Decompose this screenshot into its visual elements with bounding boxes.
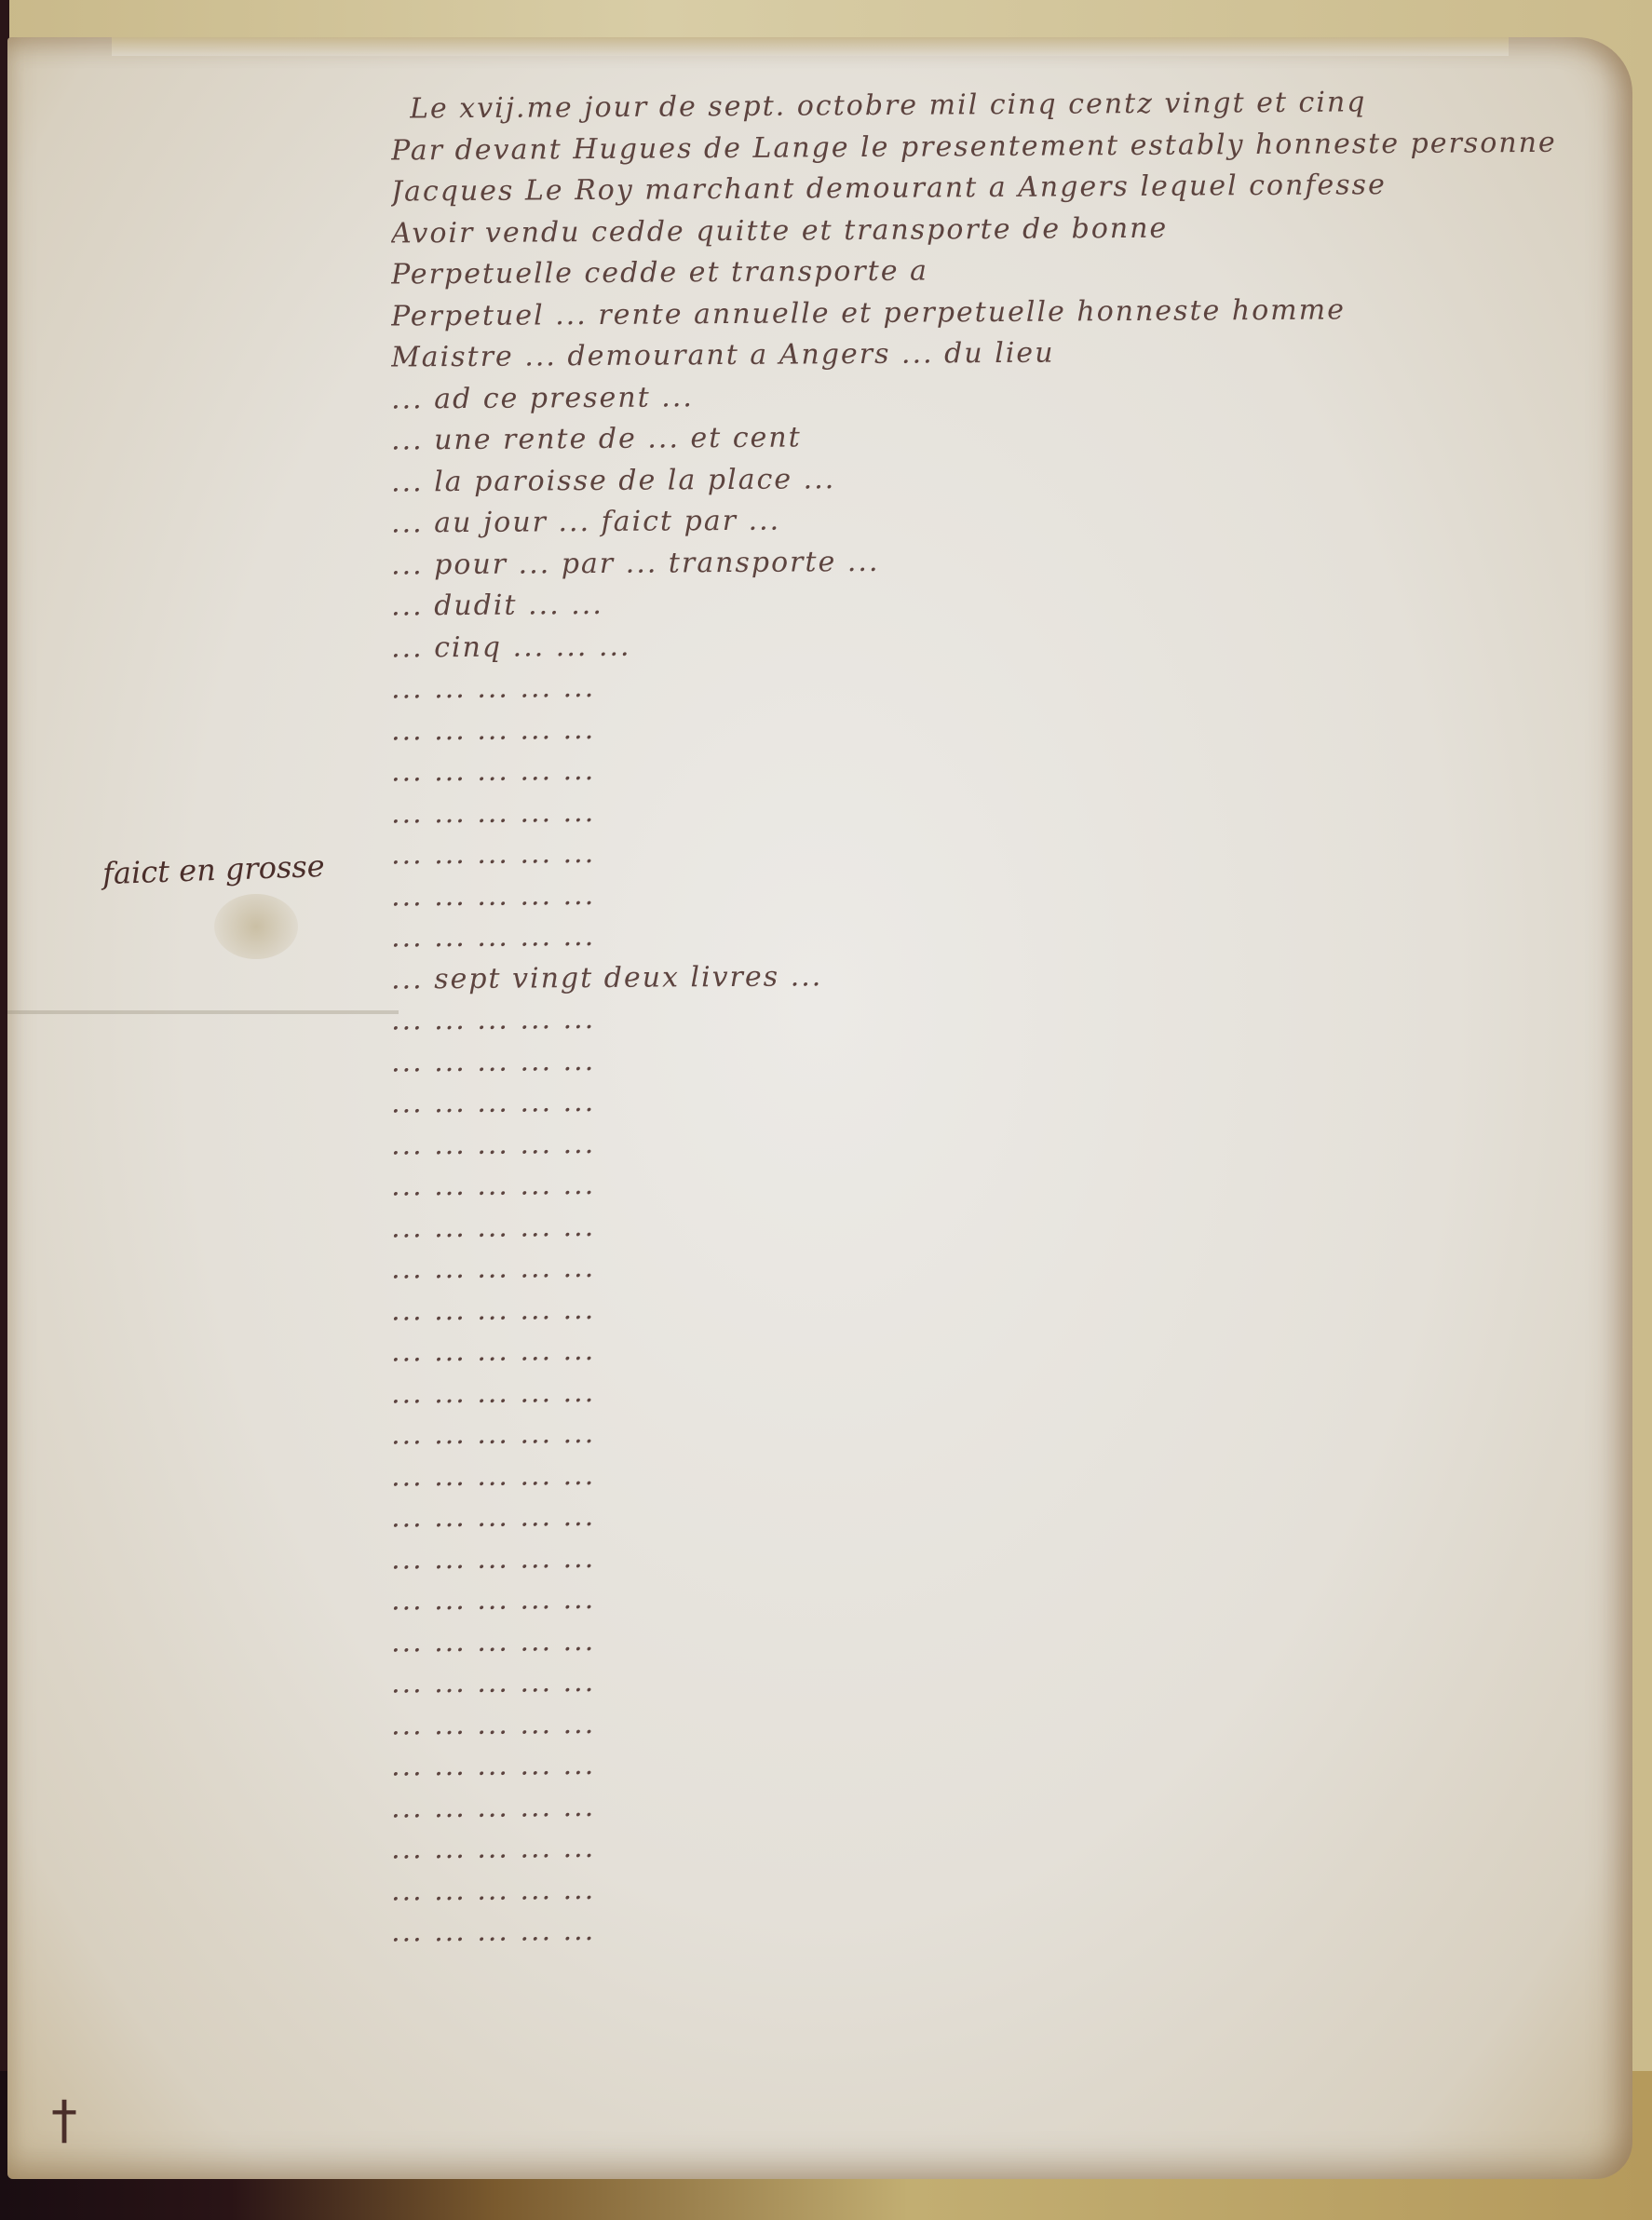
manuscript-line: ... ... ... ... ... — [391, 1120, 1602, 1166]
manuscript-line: ... ad ce present ... — [391, 374, 1602, 420]
page-fold-crease — [7, 1010, 399, 1014]
manuscript-line: ... ... ... ... ... — [391, 1535, 1602, 1580]
manuscript-line: ... ... ... ... ... — [391, 1783, 1602, 1829]
page-top-edge — [112, 37, 1509, 56]
paper-stain — [214, 894, 298, 959]
manuscript-line: ... cinq ... ... ... — [391, 623, 1602, 669]
manuscript-line: ... ... ... ... ... — [391, 872, 1602, 917]
manuscript-line: Perpetuel ... rente annuelle et perpetue… — [391, 291, 1602, 337]
manuscript-line: ... ... ... ... ... — [391, 1618, 1602, 1663]
manuscript-line: Avoir vendu cedde quitte et transporte d… — [391, 209, 1602, 254]
manuscript-line: ... ... ... ... ... — [391, 1369, 1602, 1415]
manuscript-line: ... ... ... ... ... — [391, 789, 1602, 834]
manuscript-line: ... sept vingt deux livres ... — [391, 954, 1602, 1000]
manuscript-line: ... ... ... ... ... — [391, 1452, 1602, 1497]
manuscript-line: ... pour ... par ... transporte ... — [391, 540, 1602, 586]
manuscript-line: ... la paroisse de la place ... — [391, 457, 1602, 503]
manuscript-line: ... ... ... ... ... — [391, 1286, 1602, 1332]
manuscript-line: ... ... ... ... ... — [391, 1203, 1602, 1249]
manuscript-line: Par devant Hugues de Lange le presenteme… — [391, 126, 1602, 171]
manuscript-line: ... ... ... ... ... — [391, 1037, 1602, 1083]
cross-mark-icon: † — [51, 2091, 77, 2151]
manuscript-line: ... ... ... ... ... — [391, 1700, 1602, 1746]
manuscript-line: ... ... ... ... ... — [391, 1866, 1602, 1912]
manuscript-line: ... ... ... ... ... — [391, 706, 1602, 751]
